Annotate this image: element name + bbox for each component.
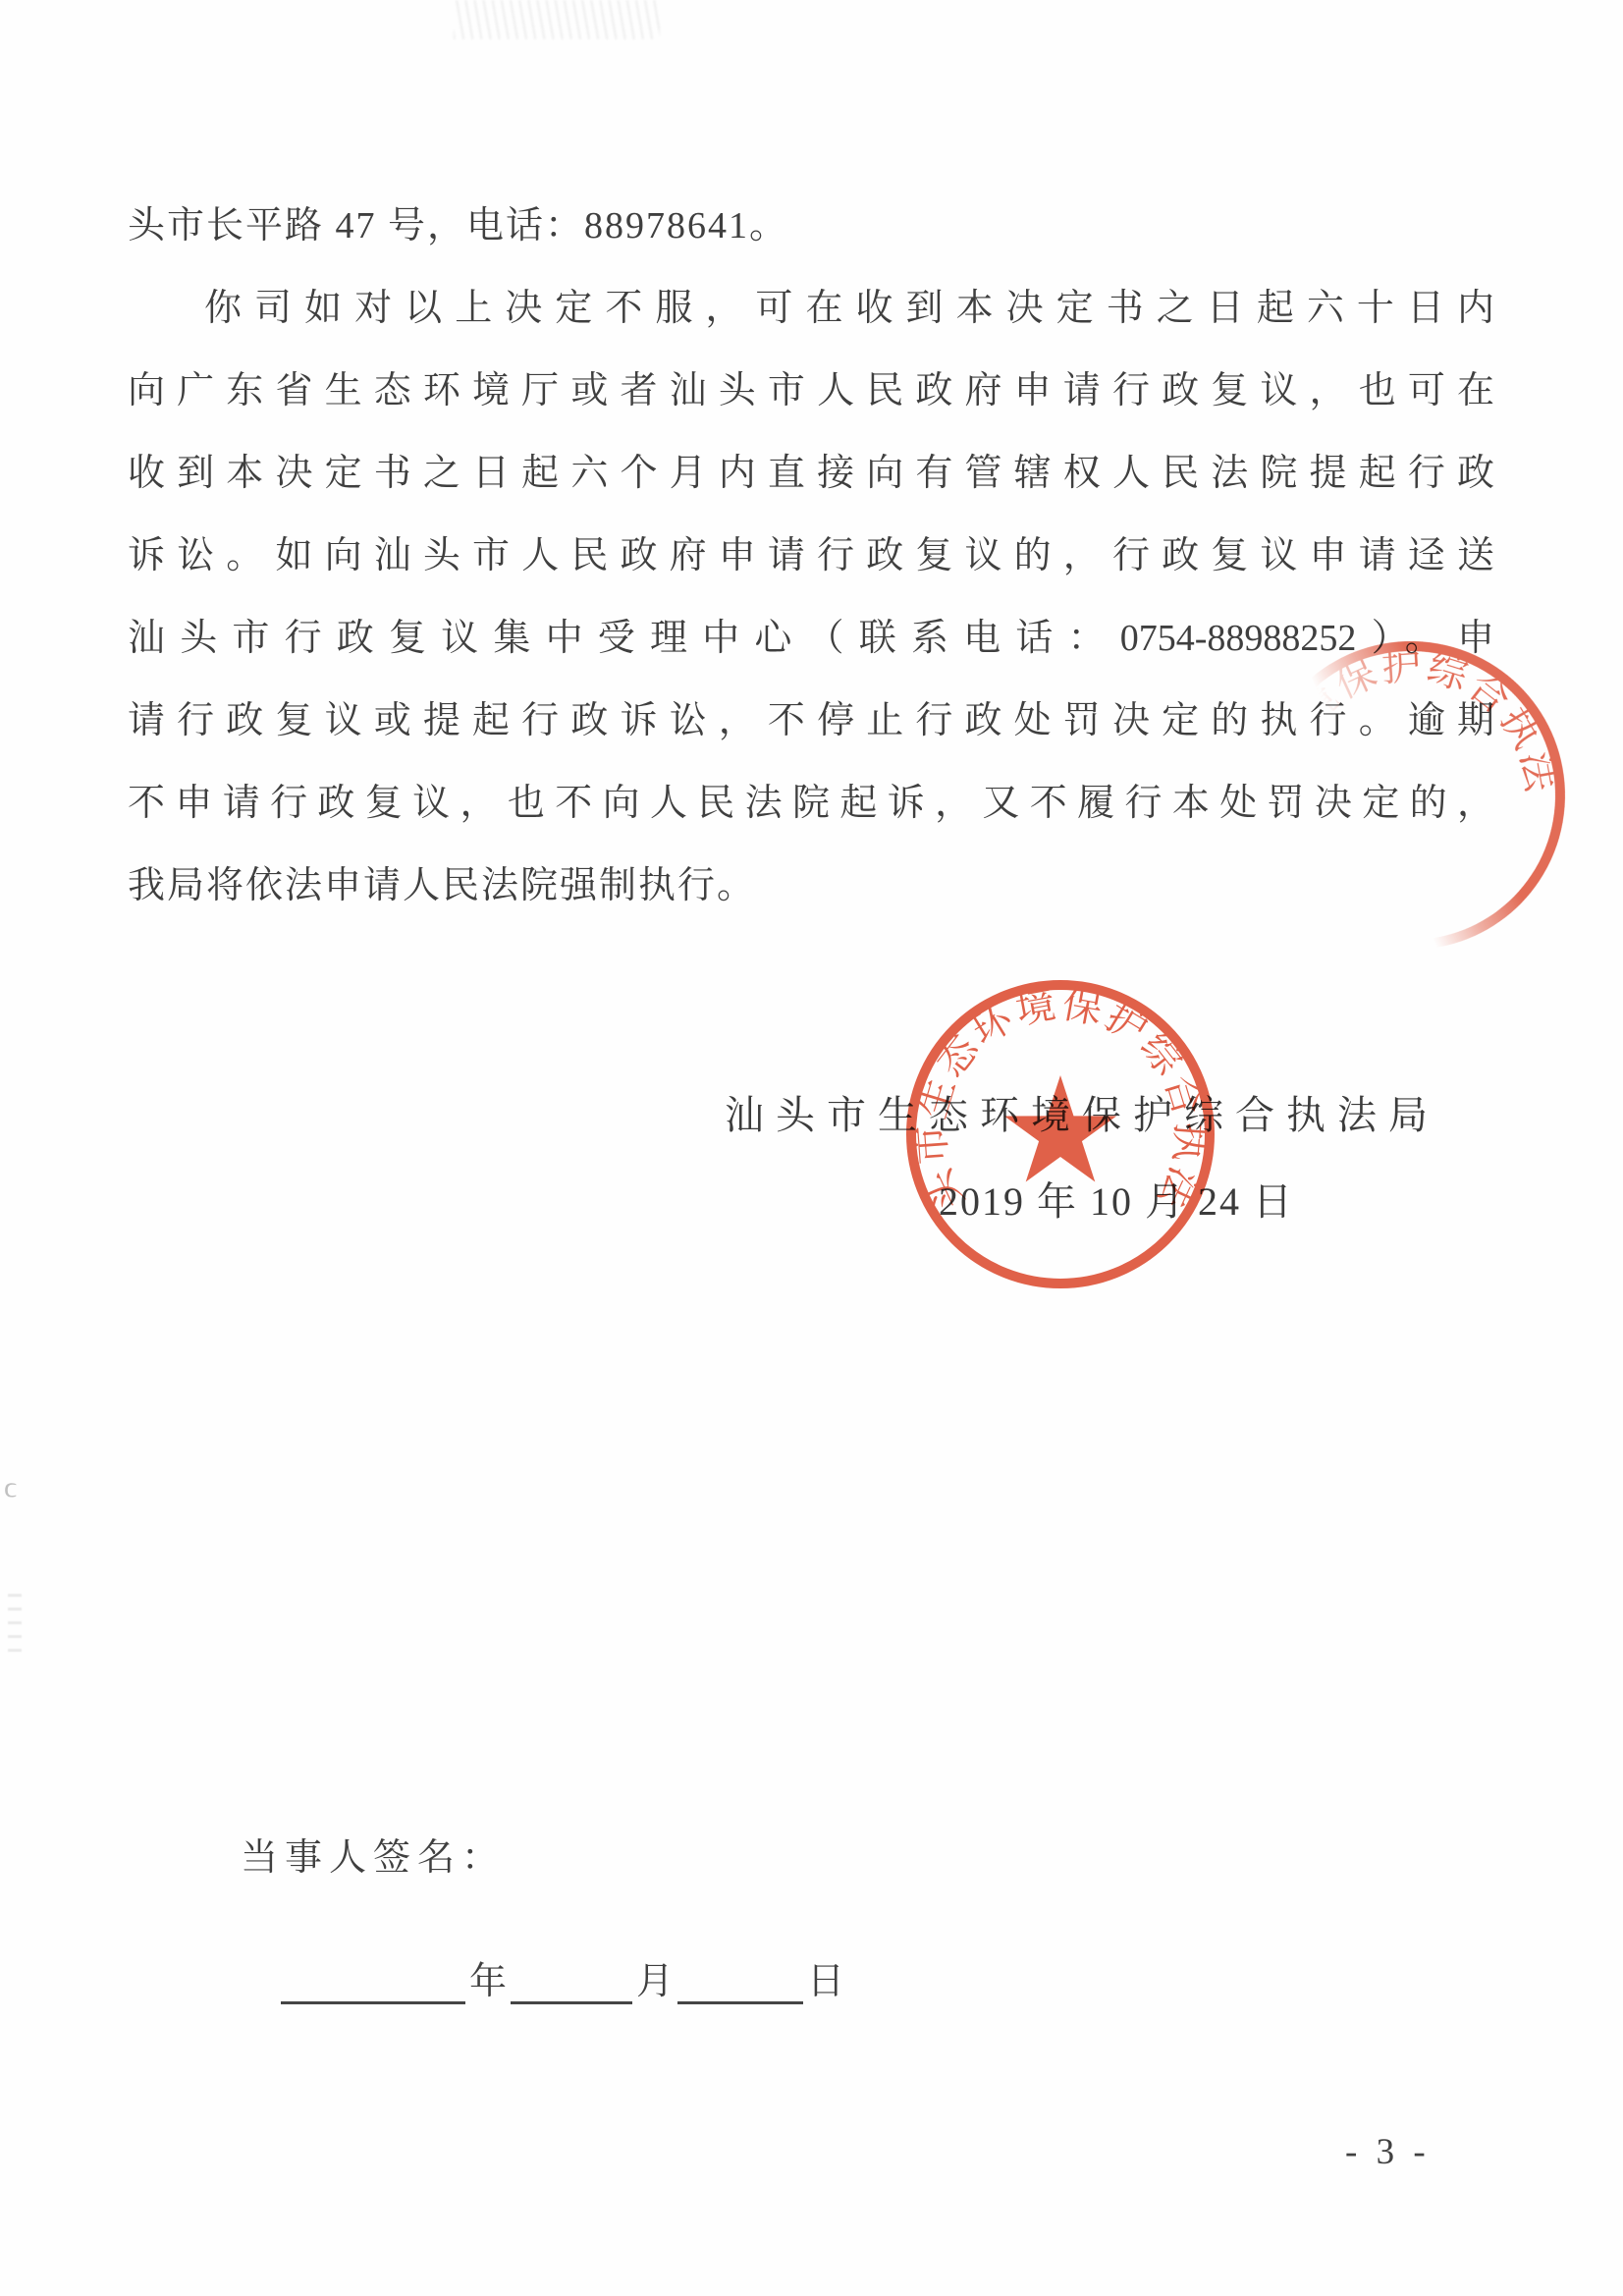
decision-date: 2019 年 10 月 24 日 (939, 1171, 1294, 1227)
issuing-agency-name: 汕头市生态环境保护综合执法局 (725, 1084, 1439, 1140)
month-blank-line (511, 1962, 632, 2004)
body-line-1: 头市长平路 47 号，电话：88978641。 (128, 185, 1494, 267)
body-line-3: 向广东省生态环境厅或者汕头市人民政府申请行政复议，也可在 (128, 350, 1494, 432)
body-line-2: 你司如对以上决定不服，可在收到本决定书之日起六十日内 (128, 267, 1494, 350)
blank-date-line: 年月日 (277, 1950, 844, 2004)
body-line-5: 诉讼。如向汕头市人民政府申请行政复议的，行政复议申请迳送 (128, 515, 1494, 597)
scan-mark: ϲ (4, 1471, 17, 1504)
year-label: 年 (469, 1961, 507, 2002)
body-line-4: 收到本决定书之日起六个月内直接向有管辖权人民法院提起行政 (128, 432, 1494, 515)
day-blank-line (677, 1962, 803, 2004)
body-line-7: 请行政复议或提起行政诉讼，不停止行政处罚决定的执行。逾期 (128, 680, 1494, 762)
body-line-9: 我局将依法申请人民法院强制执行。 (128, 845, 1494, 927)
party-signature-label: 当事人签名： (241, 1827, 506, 1881)
year-blank-line (281, 1962, 465, 2004)
scan-mark (8, 1593, 22, 1652)
body-paragraph: 头市长平路 47 号，电话：88978641。 你司如对以上决定不服，可在收到本… (128, 185, 1494, 927)
body-line-6: 汕头市行政复议集中受理中心（联系电话：0754-88988252）。申 (128, 597, 1494, 680)
body-line-8: 不申请行政复议，也不向人民法院起诉，又不履行本处罚决定的， (128, 762, 1494, 845)
month-label: 月 (636, 1961, 674, 2002)
page-number: - 3 - (1345, 2131, 1431, 2173)
scanned-document-page: ϲ 头市长平路 47 号，电话：88978641。 你司如对以上决定不服，可在收… (0, 0, 1623, 2296)
scan-smudge (454, 0, 660, 39)
day-label: 日 (807, 1961, 844, 2002)
